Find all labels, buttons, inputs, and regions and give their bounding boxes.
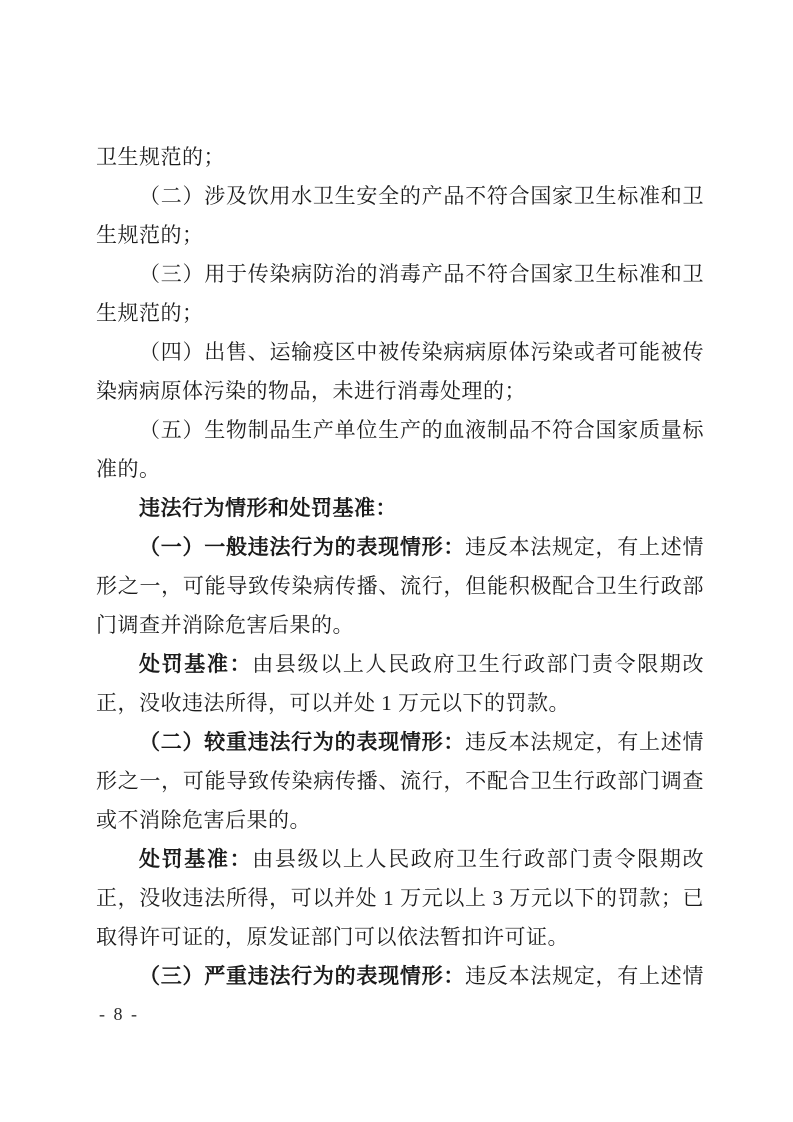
text-line: （二）涉及饮用水卫生安全的产品不符合国家卫生标准和卫 [96, 177, 704, 216]
text-line: 取得许可证的，原发证部门可以依法暂扣许可证。 [96, 918, 704, 957]
text-segment: 形之一，可能导致传染病传播、流行，但能积极配合卫生行政部 [96, 574, 704, 598]
bold-text-segment: （三）严重违法行为的表现情形： [139, 964, 465, 988]
text-segment: 门调查并消除危害后果的。 [96, 613, 354, 637]
text-segment: 染病病原体污染的物品，未进行消毒处理的； [96, 379, 526, 403]
text-segment: 生规范的； [96, 301, 204, 325]
text-line: 正，没收违法所得，可以并处 1 万元以下的罚款。 [96, 684, 704, 723]
text-segment: 由县级以上人民政府卫生行政部门责令限期改 [252, 847, 704, 871]
document-text: 卫生规范的；（二）涉及饮用水卫生安全的产品不符合国家卫生标准和卫生规范的；（三）… [96, 138, 704, 996]
text-line: 违法行为情形和处罚基准： [96, 489, 704, 528]
text-line: （三）严重违法行为的表现情形：违反本法规定，有上述情 [96, 957, 704, 996]
text-segment: 卫生规范的； [96, 145, 225, 169]
text-line: 形之一，可能导致传染病传播、流行，但能积极配合卫生行政部 [96, 567, 704, 606]
text-segment: （五）生物制品生产单位生产的血液制品不符合国家质量标 [139, 418, 704, 442]
text-line: 处罚基准：由县级以上人民政府卫生行政部门责令限期改 [96, 645, 704, 684]
text-segment: 形之一，可能导致传染病传播、流行，不配合卫生行政部门调查 [96, 769, 704, 793]
text-line: 准的。 [96, 450, 704, 489]
bold-text-segment: 违法行为情形和处罚基准： [139, 496, 397, 520]
text-segment: 生规范的； [96, 223, 204, 247]
text-line: （五）生物制品生产单位生产的血液制品不符合国家质量标 [96, 411, 704, 450]
text-segment: 准的。 [96, 457, 161, 481]
text-line: （一）一般违法行为的表现情形：违反本法规定，有上述情 [96, 528, 704, 567]
text-line: 处罚基准：由县级以上人民政府卫生行政部门责令限期改 [96, 840, 704, 879]
text-line: 或不消除危害后果的。 [96, 801, 704, 840]
page-number: - 8 - [99, 1002, 139, 1026]
text-line: 正，没收违法所得，可以并处 1 万元以上 3 万元以下的罚款；已 [96, 879, 704, 918]
bold-text-segment: 处罚基准： [139, 652, 252, 676]
text-line: 生规范的； [96, 216, 704, 255]
text-line: 门调查并消除危害后果的。 [96, 606, 704, 645]
document-page: 卫生规范的；（二）涉及饮用水卫生安全的产品不符合国家卫生标准和卫生规范的；（三）… [0, 0, 793, 1122]
text-line: （三）用于传染病防治的消毒产品不符合国家卫生标准和卫 [96, 255, 704, 294]
text-line: 形之一，可能导致传染病传播、流行，不配合卫生行政部门调查 [96, 762, 704, 801]
text-line: （四）出售、运输疫区中被传染病病原体污染或者可能被传 [96, 333, 704, 372]
text-segment: （三）用于传染病防治的消毒产品不符合国家卫生标准和卫 [139, 262, 704, 286]
text-segment: 违反本法规定，有上述情 [465, 535, 704, 559]
text-segment: 正，没收违法所得，可以并处 1 万元以上 3 万元以下的罚款；已 [96, 886, 704, 910]
text-segment: （四）出售、运输疫区中被传染病病原体污染或者可能被传 [139, 340, 704, 364]
bold-text-segment: 处罚基准： [139, 847, 252, 871]
text-segment: 违反本法规定，有上述情 [465, 964, 704, 988]
text-segment: 或不消除危害后果的。 [96, 808, 311, 832]
text-line: 卫生规范的； [96, 138, 704, 177]
text-segment: 违反本法规定，有上述情 [465, 730, 704, 754]
text-segment: 由县级以上人民政府卫生行政部门责令限期改 [252, 652, 704, 676]
text-segment: （二）涉及饮用水卫生安全的产品不符合国家卫生标准和卫 [139, 184, 704, 208]
bold-text-segment: （二）较重违法行为的表现情形： [139, 730, 465, 754]
bold-text-segment: （一）一般违法行为的表现情形： [139, 535, 465, 559]
text-segment: 正，没收违法所得，可以并处 1 万元以下的罚款。 [96, 691, 570, 715]
text-line: 生规范的； [96, 294, 704, 333]
text-segment: 取得许可证的，原发证部门可以依法暂扣许可证。 [96, 925, 569, 949]
text-line: （二）较重违法行为的表现情形：违反本法规定，有上述情 [96, 723, 704, 762]
text-line: 染病病原体污染的物品，未进行消毒处理的； [96, 372, 704, 411]
